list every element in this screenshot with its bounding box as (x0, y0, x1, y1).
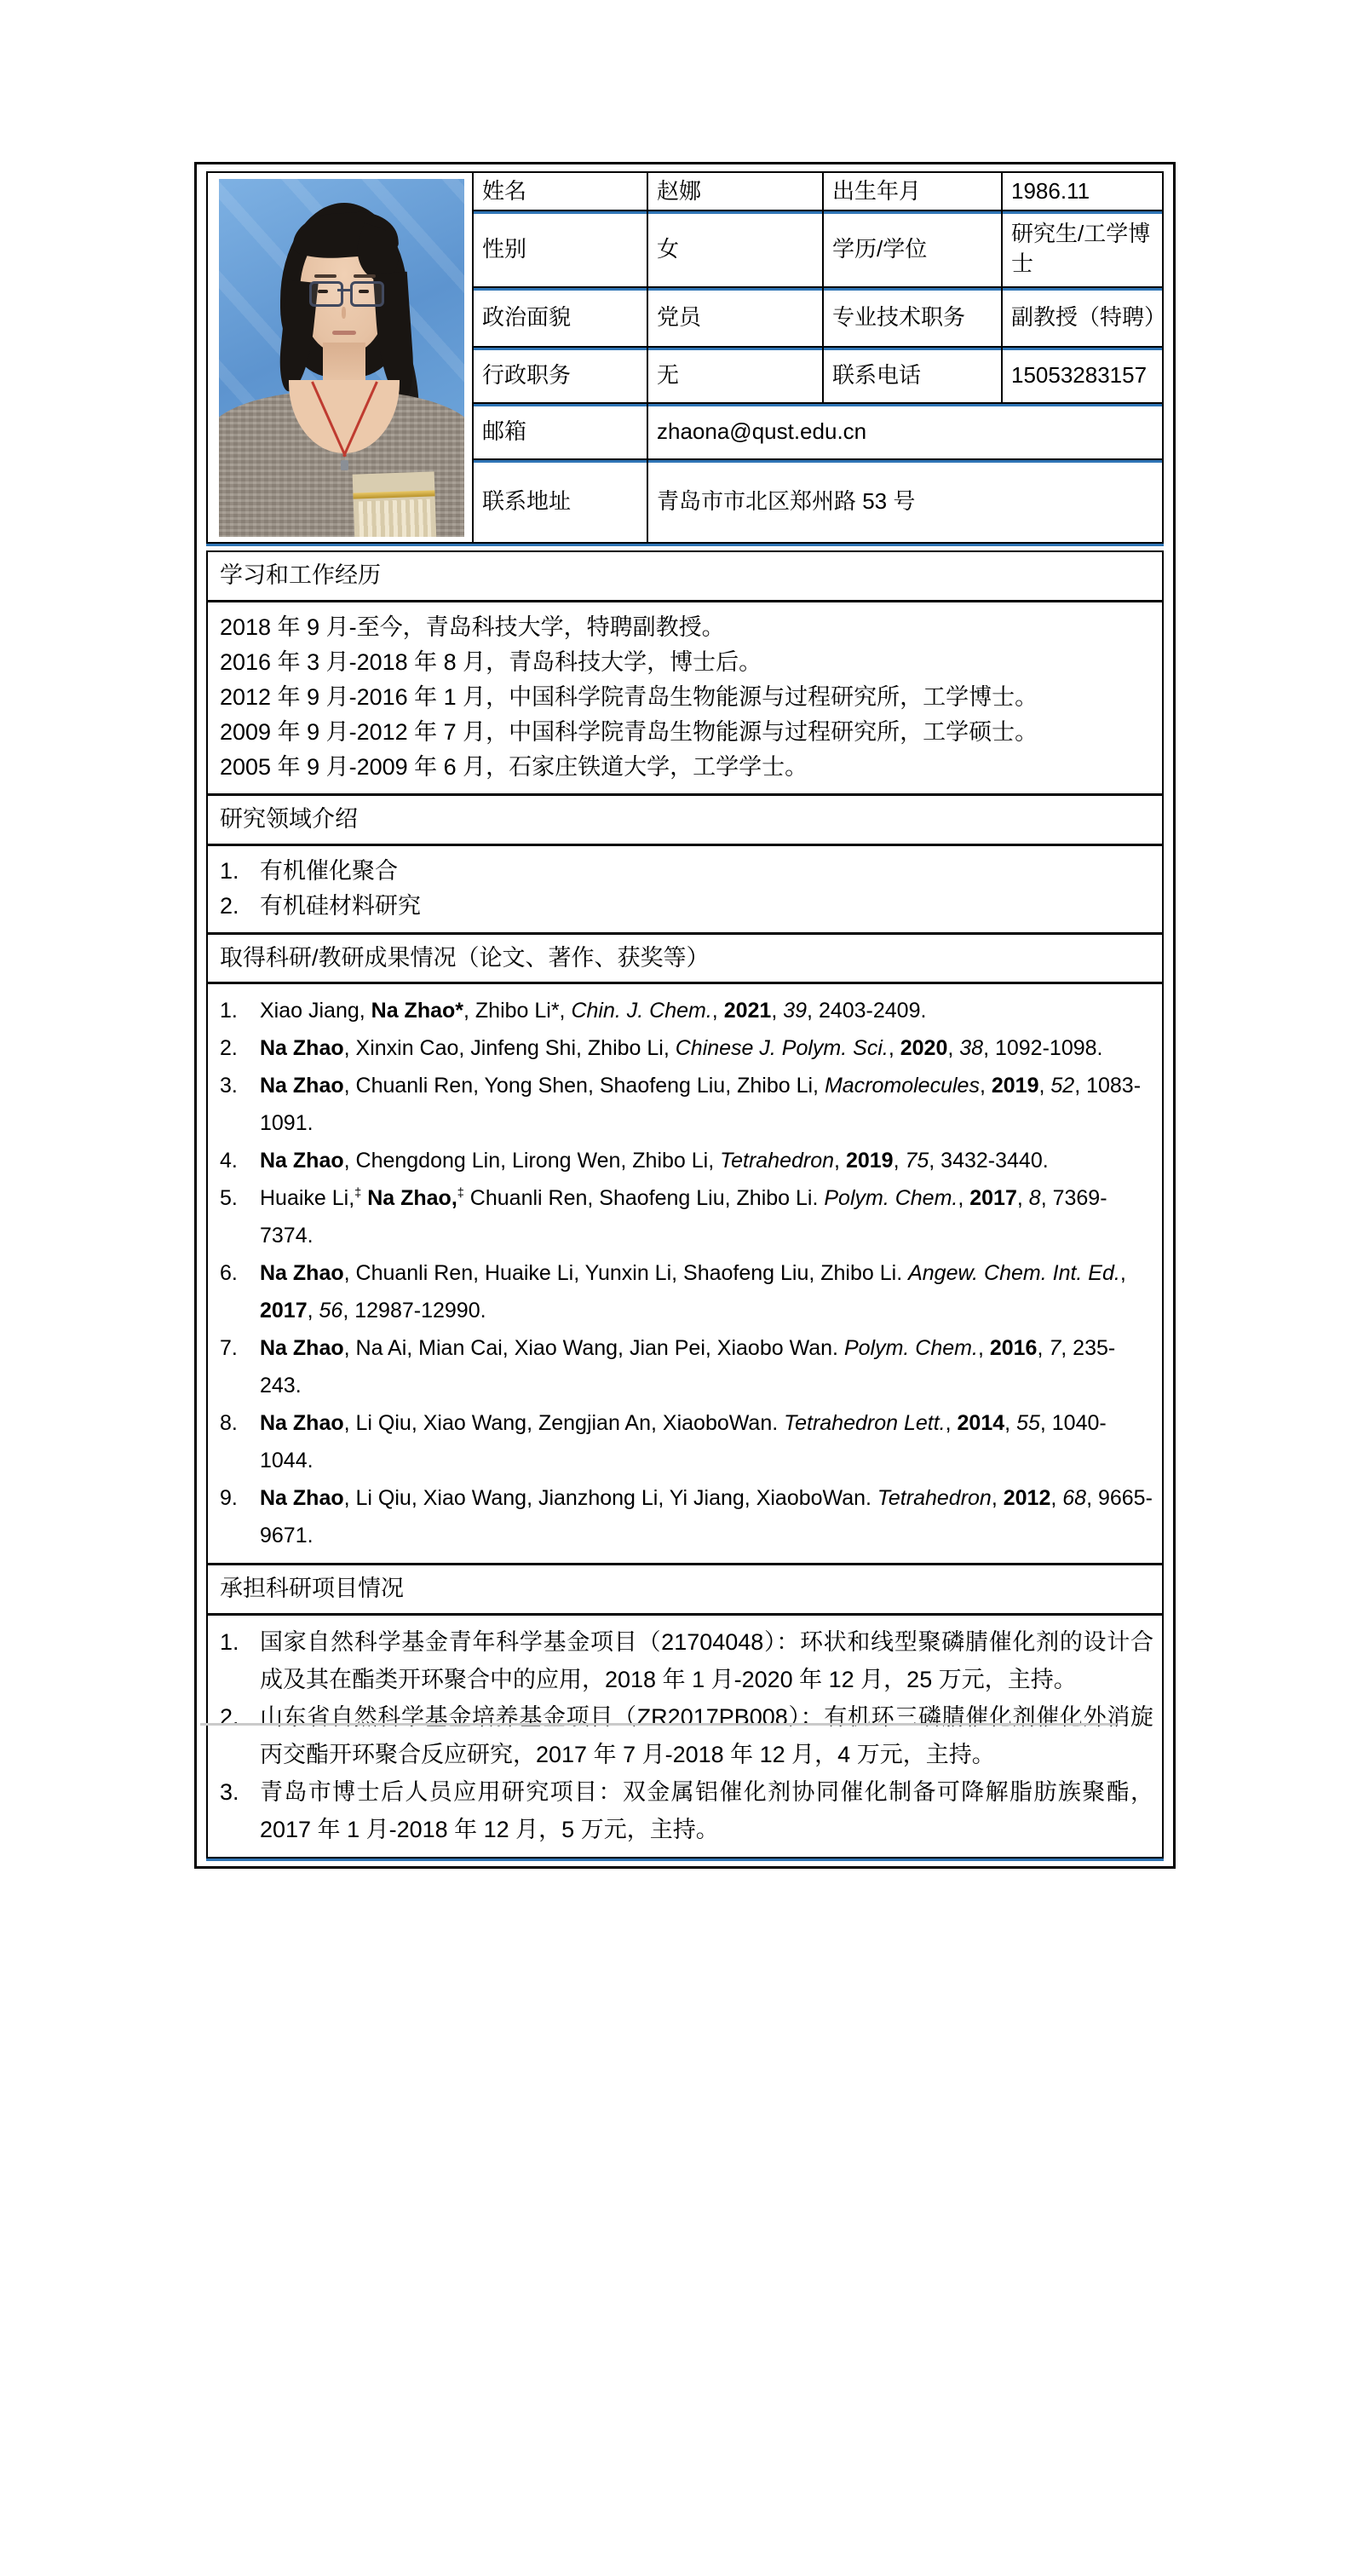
item-text: Na Zhao, Chuanli Ren, Huaike Li, Yunxin … (260, 1254, 1153, 1329)
field-value-admin: 无 (647, 347, 823, 403)
footer-divider-line (200, 1723, 1117, 1726)
publication-item: 7. Na Zhao, Na Ai, Mian Cai, Xiao Wang, … (220, 1329, 1153, 1404)
publication-item: 8. Na Zhao, Li Qiu, Xiao Wang, Zengjian … (220, 1404, 1153, 1479)
item-text: Na Zhao, Xinxin Cao, Jinfeng Shi, Zhibo … (260, 1029, 1153, 1067)
item-number: 7. (220, 1329, 260, 1367)
item-number: 3. (220, 1067, 260, 1104)
publication-item: 4. Na Zhao, Chengdong Lin, Lirong Wen, Z… (220, 1142, 1153, 1179)
field-value-title: 副教授（特聘） (1002, 287, 1163, 347)
item-text: Xiao Jiang, Na Zhao*, Zhibo Li*, Chin. J… (260, 992, 1153, 1029)
experience-line: 2012 年 9 月-2016 年 1 月，中国科学院青岛生物能源与过程研究所，… (220, 680, 1153, 715)
item-number: 5. (220, 1179, 260, 1217)
item-text: Huaike Li,‡ Na Zhao,‡ Chuanli Ren, Shaof… (260, 1179, 1153, 1254)
field-label-admin: 行政职务 (473, 347, 647, 403)
glasses-left-lens (309, 281, 343, 307)
field-value-phone: 15053283157 (1002, 347, 1163, 403)
person-eyebrow-right (354, 274, 376, 278)
field-label-address: 联系地址 (473, 459, 647, 543)
cv-outer-frame: 姓名 赵娜 出生年月 1986.11 性别 女 学历/学位 研究生/工学博士 政… (194, 162, 1176, 1869)
item-number: 1. (220, 1623, 260, 1661)
person-eye-left (318, 290, 328, 293)
publication-item: 6. Na Zhao, Chuanli Ren, Huaike Li, Yunx… (220, 1254, 1153, 1329)
project-item: 1. 国家自然科学基金青年科学基金项目（21704048）：环状和线型聚磷腈催化… (220, 1623, 1153, 1698)
section-header-publications: 取得科研/教研成果情况（论文、著作、获奖等） (208, 932, 1162, 983)
research-areas-list: 1. 有机催化聚合 2. 有机硅材料研究 (208, 844, 1162, 932)
item-text: Na Zhao, Chengdong Lin, Lirong Wen, Zhib… (260, 1142, 1153, 1179)
pocket-texture (359, 498, 432, 536)
person-eye-right (359, 290, 369, 293)
experience-line: 2005 年 9 月-2009 年 6 月，石家庄铁道大学，工学学士。 (220, 750, 1153, 785)
item-text: 有机催化聚合 (260, 854, 1153, 889)
lanyard-pendant (341, 460, 348, 470)
item-number: 3. (220, 1773, 260, 1811)
item-number: 2. (220, 1029, 260, 1067)
section-header-research-areas: 研究领域介绍 (208, 793, 1162, 844)
item-text: 山东省自然科学基金培养基金项目（ZR2017PB008）：有机环三磷腈催化剂催化… (260, 1698, 1153, 1773)
info-row-1: 姓名 赵娜 出生年月 1986.11 (207, 172, 1163, 210)
publication-item: 9. Na Zhao, Li Qiu, Xiao Wang, Jianzhong… (220, 1479, 1153, 1554)
publication-item: 5. Huaike Li,‡ Na Zhao,‡ Chuanli Ren, Sh… (220, 1179, 1153, 1254)
pocket-gold-stripe (353, 490, 434, 498)
field-label-name: 姓名 (473, 172, 647, 210)
field-label-political: 政治面貌 (473, 287, 647, 347)
photo-cell (207, 172, 473, 543)
sweater-pocket (353, 471, 437, 537)
field-value-political: 党员 (647, 287, 823, 347)
item-number: 6. (220, 1254, 260, 1292)
glasses-right-lens (350, 281, 384, 307)
item-text: Na Zhao, Chuanli Ren, Yong Shen, Shaofen… (260, 1067, 1153, 1142)
item-text: 有机硅材料研究 (260, 889, 1153, 924)
experience-line: 2018 年 9 月-至今，青岛科技大学，特聘副教授。 (220, 610, 1153, 645)
experience-list: 2018 年 9 月-至今，青岛科技大学，特聘副教授。 2016 年 3 月-2… (208, 600, 1162, 793)
section-header-projects: 承担科研项目情况 (208, 1563, 1162, 1613)
item-number: 1. (220, 854, 260, 889)
publication-list: 1. Xiao Jiang, Na Zhao*, Zhibo Li*, Chin… (208, 982, 1162, 1563)
item-text: Na Zhao, Na Ai, Mian Cai, Xiao Wang, Jia… (260, 1329, 1153, 1404)
cv-sections-table: 学习和工作经历 2018 年 9 月-至今，青岛科技大学，特聘副教授。 2016… (206, 550, 1164, 1859)
field-value-email: zhaona@qust.edu.cn (647, 403, 1163, 459)
project-list: 1. 国家自然科学基金青年科学基金项目（21704048）：环状和线型聚磷腈催化… (208, 1613, 1162, 1857)
item-text: 国家自然科学基金青年科学基金项目（21704048）：环状和线型聚磷腈催化剂的设… (260, 1623, 1153, 1698)
item-number: 1. (220, 992, 260, 1029)
field-label-email: 邮箱 (473, 403, 647, 459)
publication-item: 1. Xiao Jiang, Na Zhao*, Zhibo Li*, Chin… (220, 992, 1153, 1029)
experience-line: 2016 年 3 月-2018 年 8 月，青岛科技大学，博士后。 (220, 645, 1153, 680)
field-label-phone: 联系电话 (823, 347, 1002, 403)
field-label-title: 专业技术职务 (823, 287, 1002, 347)
field-value-name: 赵娜 (647, 172, 823, 210)
field-label-degree: 学历/学位 (823, 210, 1002, 287)
item-number: 8. (220, 1404, 260, 1442)
glasses-bridge (337, 289, 351, 291)
experience-line: 2009 年 9 月-2012 年 7 月，中国科学院青岛生物能源与过程研究所，… (220, 715, 1153, 750)
person-eyebrow-left (314, 274, 336, 278)
research-area-item: 2. 有机硅材料研究 (220, 889, 1153, 924)
field-value-address: 青岛市市北区郑州路 53 号 (647, 459, 1163, 543)
publication-item: 3. Na Zhao, Chuanli Ren, Yong Shen, Shao… (220, 1067, 1153, 1142)
item-text: Na Zhao, Li Qiu, Xiao Wang, Jianzhong Li… (260, 1479, 1153, 1554)
project-item: 2. 山东省自然科学基金培养基金项目（ZR2017PB008）：有机环三磷腈催化… (220, 1698, 1153, 1773)
field-value-gender: 女 (647, 210, 823, 287)
research-area-item: 1. 有机催化聚合 (220, 854, 1153, 889)
person-mouth (332, 331, 356, 335)
person-nose (342, 307, 346, 319)
document-canvas: 姓名 赵娜 出生年月 1986.11 性别 女 学历/学位 研究生/工学博士 政… (0, 0, 1346, 2576)
portrait-photo (219, 179, 464, 537)
publication-item: 2. Na Zhao, Xinxin Cao, Jinfeng Shi, Zhi… (220, 1029, 1153, 1067)
field-value-birth: 1986.11 (1002, 172, 1163, 210)
project-item: 3. 青岛市博士后人员应用研究项目：双金属铝催化剂协同催化制备可降解脂肪族聚酯，… (220, 1773, 1153, 1848)
section-header-experience: 学习和工作经历 (208, 552, 1162, 600)
item-text: Na Zhao, Li Qiu, Xiao Wang, Zengjian An,… (260, 1404, 1153, 1479)
field-value-degree: 研究生/工学博士 (1002, 210, 1163, 287)
field-label-birth: 出生年月 (823, 172, 1002, 210)
item-number: 2. (220, 1698, 260, 1736)
item-text: 青岛市博士后人员应用研究项目：双金属铝催化剂协同催化制备可降解脂肪族聚酯，201… (260, 1773, 1153, 1848)
item-number: 9. (220, 1479, 260, 1517)
field-label-gender: 性别 (473, 210, 647, 287)
item-number: 4. (220, 1142, 260, 1179)
info-table: 姓名 赵娜 出生年月 1986.11 性别 女 学历/学位 研究生/工学博士 政… (206, 171, 1164, 544)
item-number: 2. (220, 889, 260, 924)
